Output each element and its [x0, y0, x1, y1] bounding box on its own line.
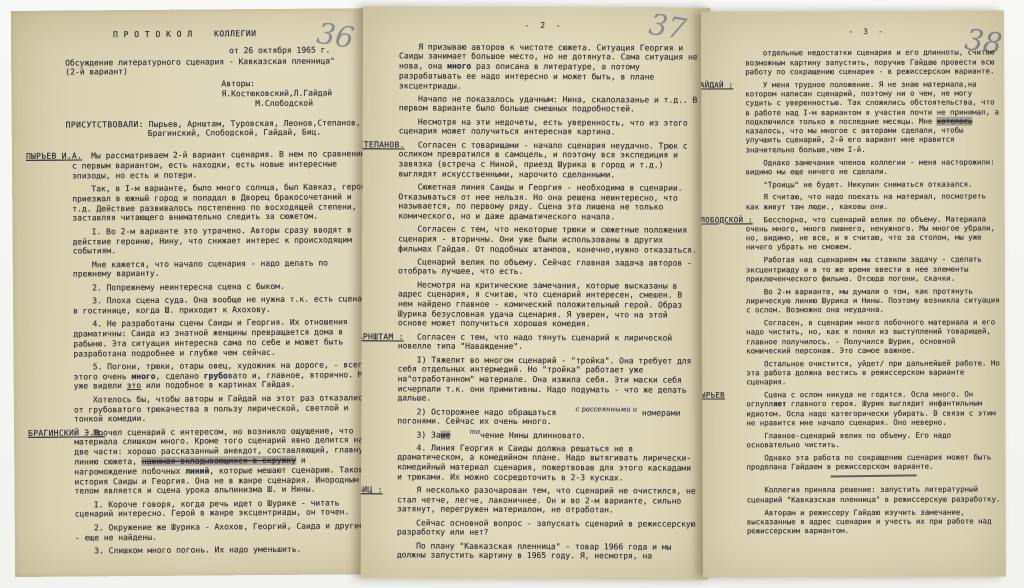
paragraph: Сценарий велик по объему. Сейчас главная… [398, 257, 698, 278]
paragraph: Работая над сценарием мы ставили задачу … [746, 255, 1000, 284]
paragraph: I. Во 2-м варианте это утрачено. Авторы … [72, 225, 370, 257]
paragraph: Остальное очистится, уйдет/ при дальнейш… [746, 358, 1000, 387]
paragraph: 5. Погони, трюки, отары овец, художник н… [74, 360, 372, 392]
paragraph: 4. Линия Георгия и Саиды должна решаться… [397, 443, 697, 483]
paragraph: 3) Зашеточение Нины длинновато. [397, 430, 697, 441]
attendees-list: Пырьев, Арнштам, Туровская, Леонов,Степа… [144, 118, 361, 138]
doc-variant: (2-й вариант) [65, 66, 369, 78]
paragraph: Сейчас основной вопрос - запускать сцена… [397, 518, 697, 539]
paragraph: Я несколько разочарован тем, что сценари… [397, 485, 697, 515]
paragraph: Прочел сценарий с интересом, но возникло… [74, 426, 373, 497]
paragraph: 2) Осторожнее надо обращатьсяс рассеянны… [397, 407, 697, 428]
speaker-name: АРНШТАМ : [361, 332, 404, 342]
typed-strikethrough: нажимая вкладывающихся в окружку [142, 456, 296, 466]
paragraph: 3. Слишком много погонь. Их надо уменьши… [75, 544, 373, 556]
paragraph: Однако эта работа по сокращению сценария… [747, 452, 1001, 471]
speaker-name: БИЦ : [361, 485, 383, 495]
speech-block: СТЕПАНОВ.Согласен с товарищами - начало … [398, 140, 699, 330]
paragraph: Несмотря на критические замечания, котор… [398, 280, 698, 330]
paragraph: 2. Попрежнему неинтересна сцена с быком. [73, 281, 371, 293]
attendees-label: ПРИСУТСТВОВАЛИ: [66, 120, 144, 130]
typed-strikethrough: хотелось [937, 116, 973, 125]
speaker-name: ПЫРЬЕВ И.А. [26, 152, 82, 162]
page-number: - 2 - [389, 20, 699, 31]
paragraph: Коллегия приняла решение: запустить лите… [747, 485, 1001, 504]
page-number: - 3 - [735, 26, 999, 36]
speaker-name: ГАЙДАЙ : [701, 80, 733, 89]
continuation-block: отдельные недостатки сценария и его длин… [745, 48, 999, 77]
paragraph: "Троицы" не будет. Никулин сниматься отк… [746, 179, 1000, 189]
ink-overtype: много [131, 371, 155, 380]
ink-overtype: линий [185, 466, 209, 475]
paragraph: Авторам и режиссеру Гайдаю изучить замеч… [747, 507, 1001, 536]
paragraph: Сюжетная линия Саиды и Георгия - необход… [398, 182, 698, 222]
speaker-name: СТЕПАНОВ. [361, 140, 405, 150]
speech-block: БРАГИНСКИЙ Э.В.Прочел сценарий с интерес… [74, 426, 373, 556]
paragraph: Согласен с тем, что некоторые трюки и сю… [398, 225, 698, 255]
paragraph: Несмотря на эти недочеты, есть увереннос… [399, 117, 699, 138]
paragraph: Бесспорно, что сценарий велик по объему.… [746, 214, 1000, 252]
paragraph: отдельные недостатки сценария и его длин… [745, 48, 999, 77]
paragraph: У меня трудное положение. Я не знаю мате… [745, 79, 999, 154]
paragraph: Я призываю авторов к чистоте сюжета. Сит… [399, 42, 699, 92]
ink-overtype: грубо [204, 371, 228, 380]
speaker-name: БРАГИНСКИЙ Э.В. [28, 428, 105, 438]
page-2-content: - 2 -Я призываю авторов к чистоте сюжета… [397, 20, 699, 561]
paragraph: Согласен с товарищами - начало сценария … [398, 140, 698, 180]
page-3-content: - 3 -отдельные недостатки сценария и его… [745, 26, 1001, 535]
continuation-block: Коллегия приняла решение: запустить лите… [747, 485, 1001, 536]
paragraph: Согласен, в сценарии много побочного мат… [746, 318, 1000, 356]
typed-strikethrough: ше [441, 430, 451, 439]
document-scan-background: 36 П Р О Т О К О Л КОЛЛЕГИИот 26 октября… [0, 0, 1024, 588]
paragraph: Мы рассматриваем 2-й вариант сценария. В… [72, 149, 370, 181]
paragraph: Во 2-м варианте, мы думали о том, как пр… [746, 286, 1000, 315]
paragraph: Сцена с ослом никуда не годится. Осла мн… [746, 390, 1000, 428]
paragraph: Мне кажется, что начало сценария - надо … [73, 258, 371, 280]
doc-authors: Авторы: Я.Костюковский,Л.Гайдай М.Слобод… [221, 78, 369, 109]
paragraph: По плану "Кавказская пленница" - товар 1… [397, 541, 697, 562]
speech-block: ПЫРЬЕВ И.А.Мы рассматриваем 2-й вариант … [72, 149, 372, 424]
speech-block: СЛОБОДСКОЙ :Бесспорно, что сценарий вели… [746, 214, 1001, 387]
paragraph: I. Короче говоря, когда речь идет о Шури… [75, 498, 373, 520]
speech-block: ГАЙДАЙ :У меня трудное положение. Я не з… [745, 79, 999, 211]
paragraph: Согласен с тем, что надо тянуть сценарий… [398, 332, 698, 353]
ink-overtype: яет [773, 400, 786, 409]
attendees-line: ПРИСУТСТВОВАЛИ: Пырьев, Арнштам, Туровск… [66, 118, 370, 140]
speech-block: ПЫРЬЕВСцена с ослом никуда не годится. О… [746, 390, 1000, 472]
divider-rule [831, 475, 917, 478]
speaker-name: ПЫРЬЕВ [701, 391, 725, 400]
paragraph: Хотелось бы, чтобы авторы и Гайдай на эт… [74, 393, 372, 425]
paragraph: 3. Плоха сцена суда. Она вообще не нужна… [73, 294, 371, 316]
paragraph: Начало не показалось удачным: Нина, скал… [399, 94, 699, 115]
paragraph: Однако замечания членов коллегии - меня … [746, 157, 1000, 176]
speech-block: БИЦ :Я несколько разочарован тем, что сц… [397, 485, 697, 561]
paragraph: I) Тяжелит во многом сценарий - "тройка"… [398, 355, 698, 405]
page-2: 37 - 2 -Я призываю авторов к чистоте сюж… [361, 6, 710, 580]
speech-block: АРНШТАМ :Согласен с тем, что надо тянуть… [397, 332, 698, 483]
ink-overtype: много [447, 62, 471, 71]
paragraph: 4. Не разработаны сцены Саиды и Георгия.… [73, 317, 371, 359]
paragraph: Я считаю, что надо поехать на материал, … [746, 192, 1000, 211]
page-3: 38 - 3 -отдельные недостатки сценария и … [701, 10, 1006, 577]
paragraph: Так, в I-м варианте, было много солнца, … [72, 182, 370, 224]
underlined-word: это [127, 381, 142, 390]
continuation-block: Я призываю авторов к чистоте сюжета. Сит… [399, 42, 699, 138]
speaker-name: СЛОБОДСКОЙ : [701, 215, 753, 224]
page-1-content: П Р О Т О К О Л КОЛЛЕГИИот 26 октября 19… [71, 28, 373, 556]
paragraph: 2. Окружение же Шурика - Ахохов, Георгий… [75, 521, 373, 543]
paragraph: Главное-сценарий велик по объему. Его на… [746, 430, 1000, 449]
doc-title: П Р О Т О К О Л КОЛЛЕГИИ [113, 28, 369, 40]
doc-date: от 26 октября 1965 г. [229, 45, 369, 56]
